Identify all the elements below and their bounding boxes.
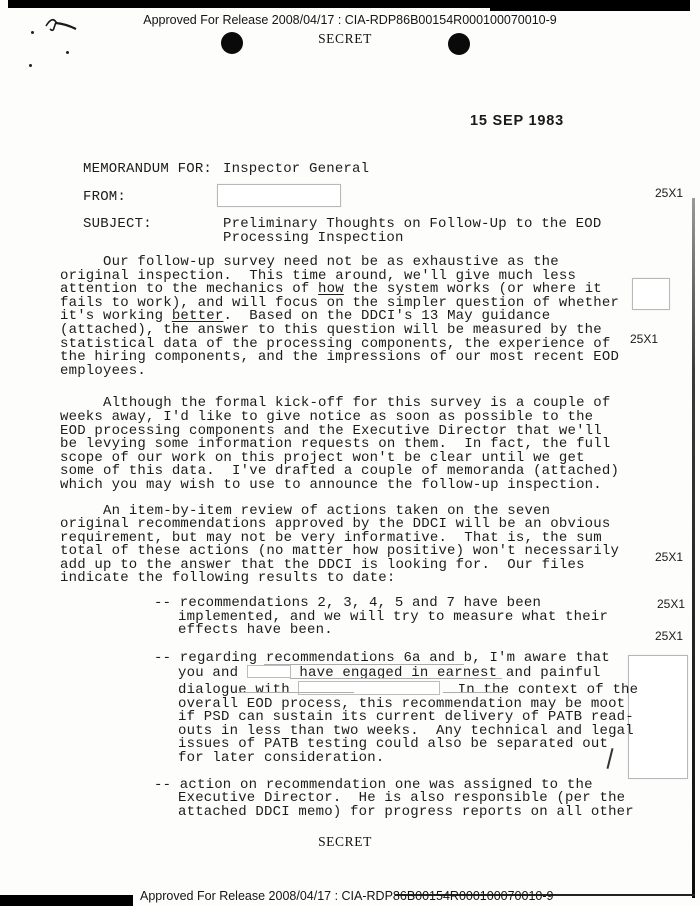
memo-body: Our follow-up survey need not be as exha…	[60, 256, 650, 819]
inline-redaction-box-1	[247, 665, 291, 678]
bullet-item-3: -- action on recommendation one was assi…	[60, 779, 650, 820]
memo-page: Approved For Release 2008/04/17 : CIA-RD…	[0, 0, 700, 906]
page-edge-line	[692, 198, 695, 898]
scan-bar-bottom-left	[0, 895, 133, 906]
footer-release-line: Approved For Release 2008/04/17 : CIA-RD…	[140, 889, 553, 903]
subject-label: SUBJECT:	[83, 218, 152, 232]
memo-for-value: Inspector General	[223, 163, 369, 177]
margin-code-4: 25X1	[657, 597, 685, 611]
hole-punch-right	[448, 33, 470, 55]
pen-underline	[443, 692, 505, 693]
bullet-item-1: -- recommendations 2, 3, 4, 5 and 7 have…	[60, 597, 650, 638]
margin-code-5: 25X1	[655, 629, 683, 643]
date-stamp: 15 SEP 1983	[470, 113, 564, 129]
pen-underline	[290, 678, 502, 679]
margin-code-3: 25X1	[655, 550, 683, 564]
paragraph-3: An item-by-item review of actions taken …	[60, 505, 650, 587]
paragraph-2: Although the formal kick-off for this su…	[60, 397, 650, 492]
paragraph-1: Our follow-up survey need not be as exha…	[60, 256, 650, 378]
header-release-line: Approved For Release 2008/04/17 : CIA-RD…	[0, 13, 700, 27]
ink-dot	[29, 64, 32, 67]
from-redaction-box	[217, 184, 341, 207]
pen-underline	[238, 692, 354, 693]
scan-bar-top-right	[490, 0, 690, 11]
margin-code-1: 25X1	[655, 186, 683, 200]
subject-value: Preliminary Thoughts on Follow-Up to the…	[223, 218, 601, 245]
hole-punch-left	[221, 32, 243, 54]
from-label: FROM:	[83, 191, 126, 205]
ink-dot	[66, 51, 69, 54]
header-classification: SECRET	[0, 31, 690, 47]
bullet-item-2: -- regarding recommendations 6a and b, I…	[60, 652, 650, 766]
footer-classification: SECRET	[0, 834, 690, 850]
pen-underline	[264, 664, 464, 665]
memo-for-label: MEMORANDUM FOR:	[83, 163, 212, 177]
